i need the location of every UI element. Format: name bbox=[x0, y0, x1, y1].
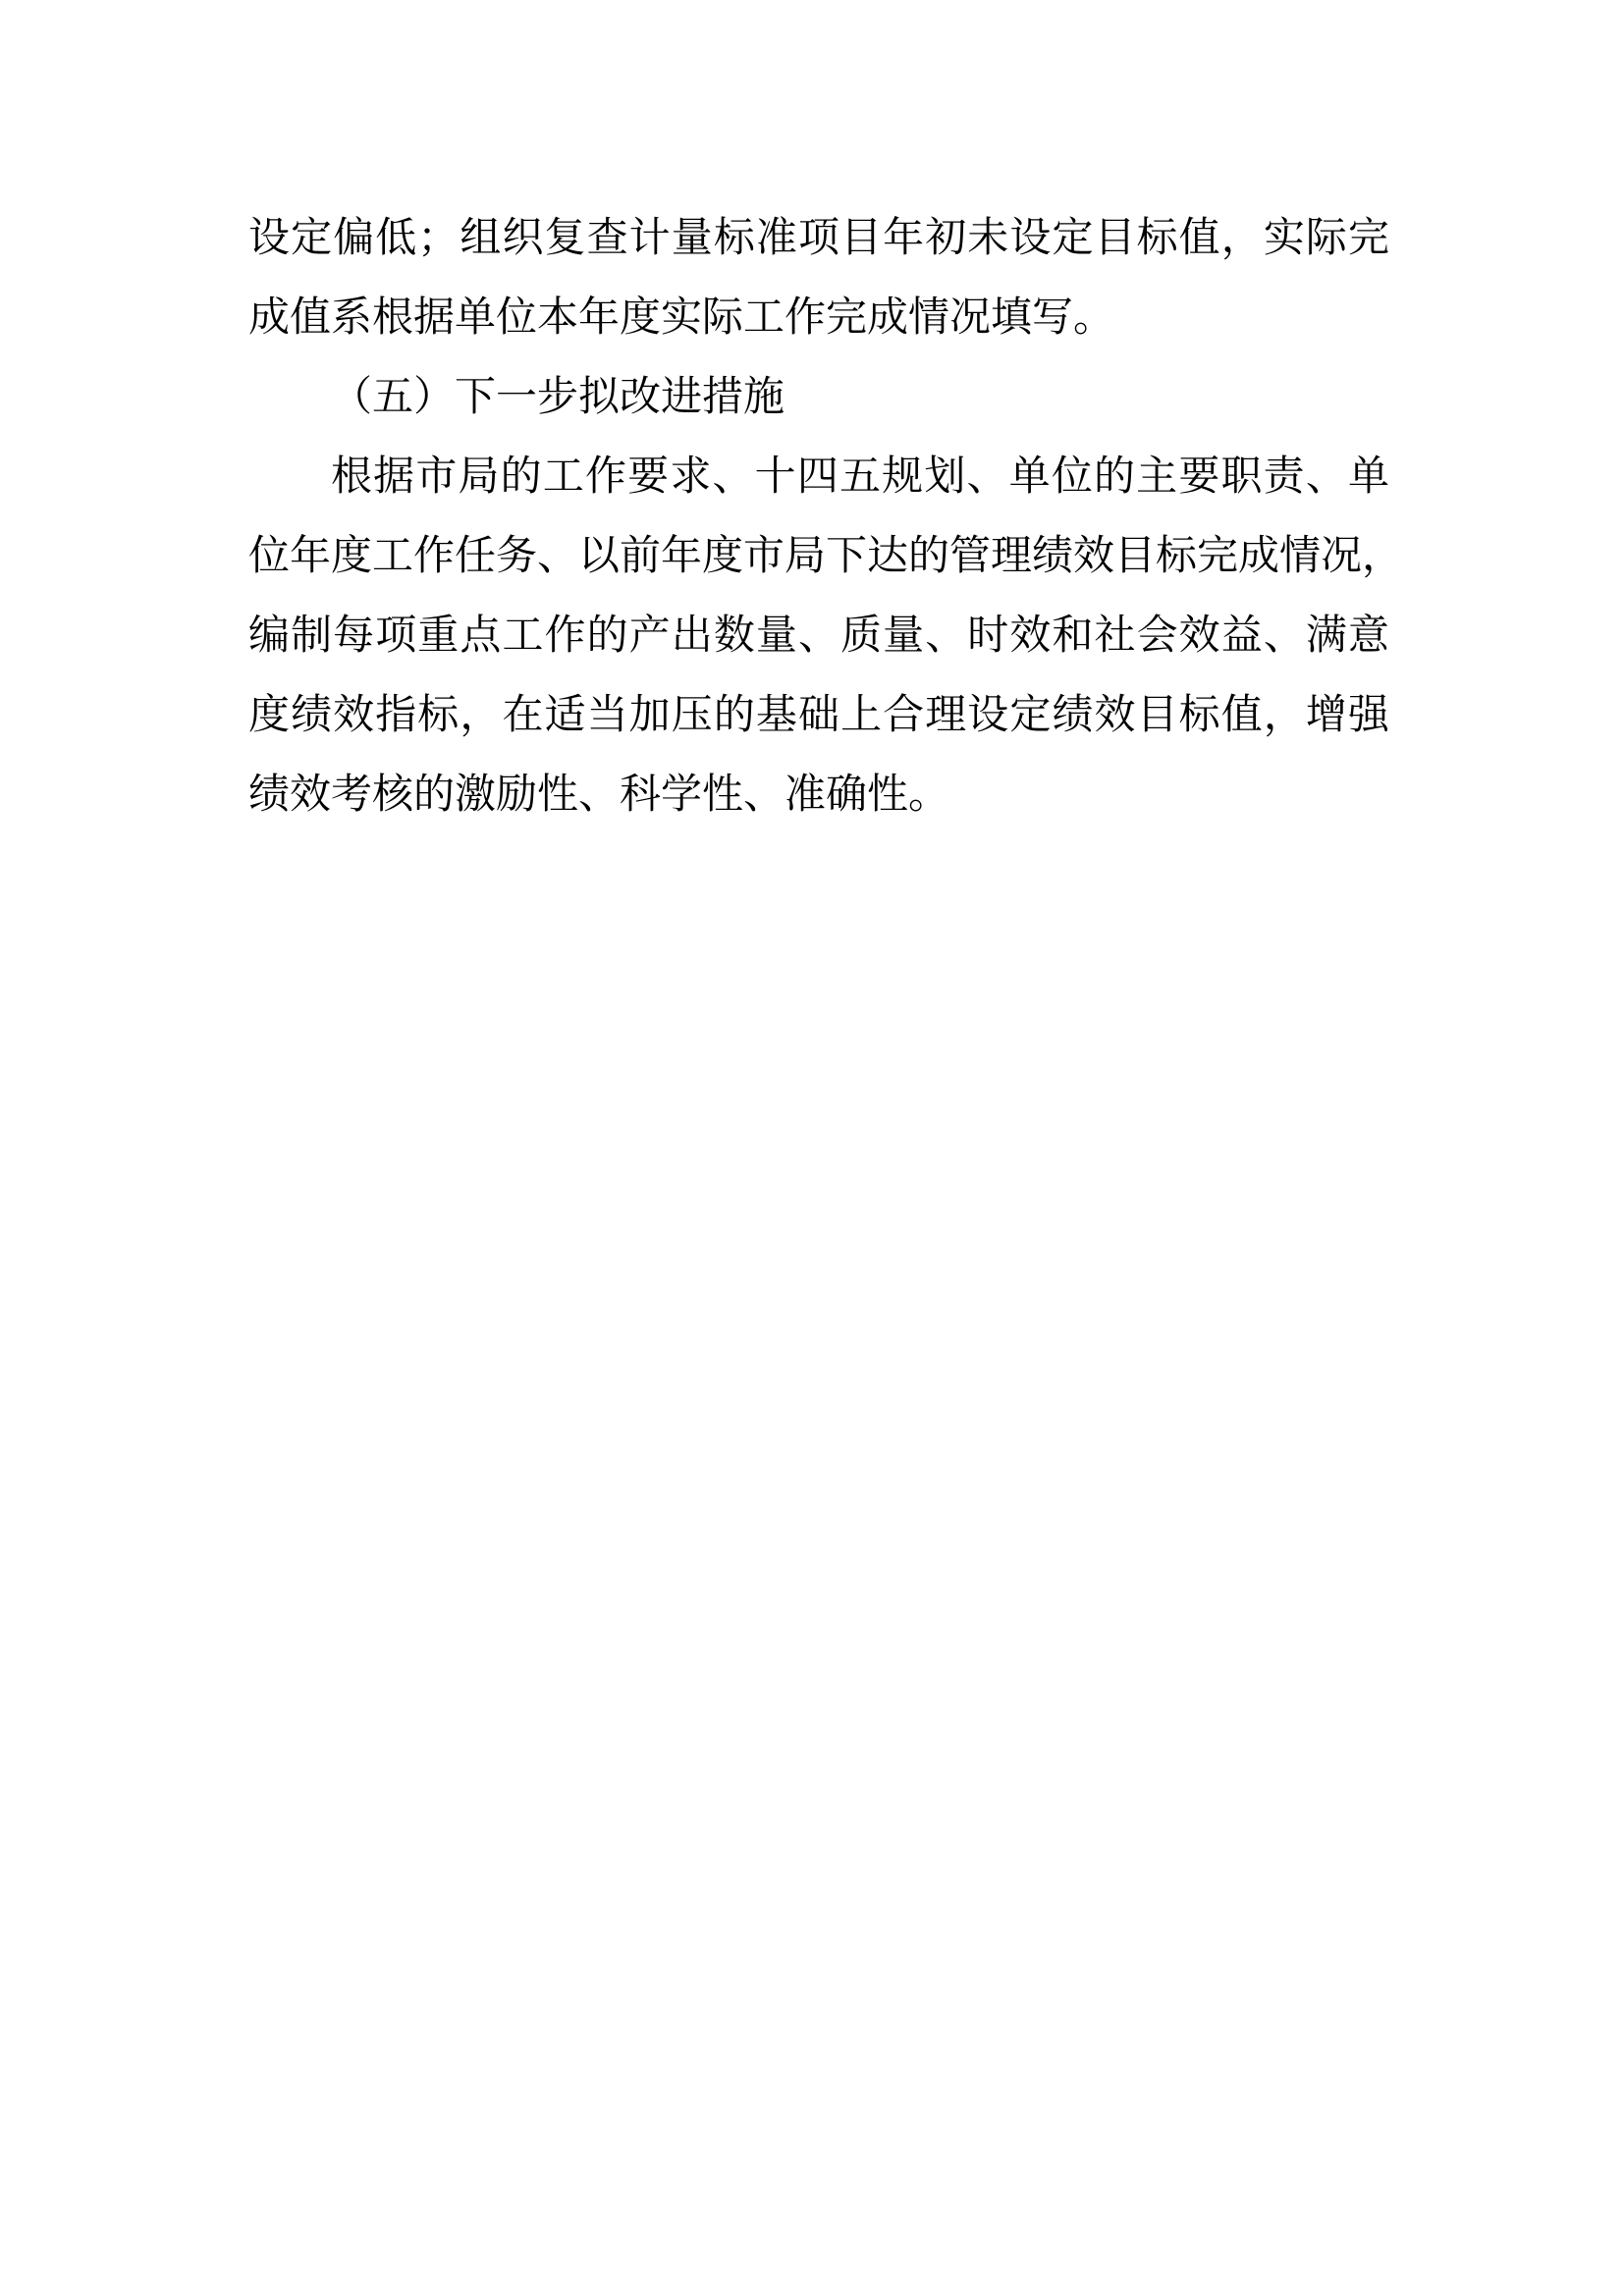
text-block: 设定偏低；组织复查计量标准项目年初未设定目标值，实际完 成值系根据单位本年度实际… bbox=[248, 199, 1389, 835]
text-line: 度绩效指标，在适当加压的基础上合理设定绩效目标值，增强 bbox=[248, 676, 1389, 756]
text-line: 成值系根据单位本年度实际工作完成情况填写。 bbox=[248, 279, 1389, 358]
text-line: 编制每项重点工作的产出数量、质量、时效和社会效益、满意 bbox=[248, 597, 1389, 676]
text-line: 位年度工作任务、以前年度市局下达的管理绩效目标完成情况， bbox=[248, 517, 1389, 597]
document-page: 设定偏低；组织复查计量标准项目年初未设定目标值，实际完 成值系根据单位本年度实际… bbox=[0, 0, 1623, 2296]
section-heading: （五）下一步拟改进措施 bbox=[248, 358, 1389, 438]
text-line: 根据市局的工作要求、十四五规划、单位的主要职责、单 bbox=[248, 438, 1389, 517]
text-line: 设定偏低；组织复查计量标准项目年初未设定目标值，实际完 bbox=[248, 199, 1389, 279]
text-line: 绩效考核的激励性、科学性、准确性。 bbox=[248, 756, 1389, 835]
